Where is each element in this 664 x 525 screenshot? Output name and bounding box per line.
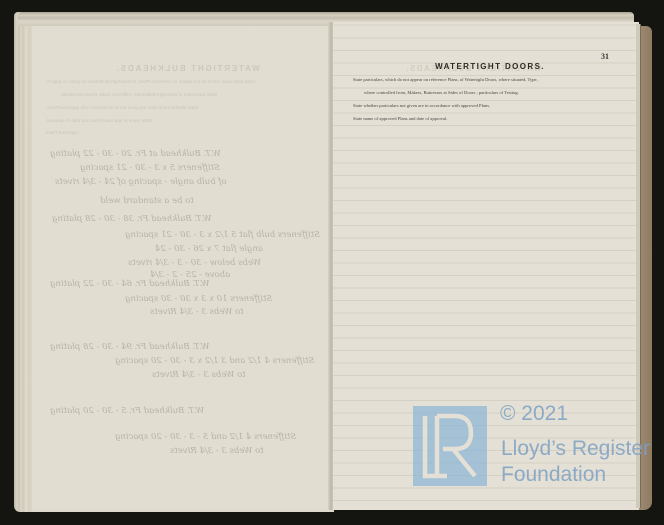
handwriting-bleed: W.T. Bulkhead Fr. 64 - 30 - 22 plating (50, 279, 210, 289)
watermark-copyright: © 2021 (500, 402, 568, 426)
instruction-line: State particulars, which do not appear o… (353, 77, 538, 82)
instruction-line: State whether particulars not given are … (353, 103, 490, 108)
handwriting-bleed: to Webs 3 - 3/4 Rivets (152, 370, 246, 380)
ghost-print-line: State name of approved Plans and date of… (46, 118, 152, 123)
lr-logo-icon (413, 406, 487, 486)
handwriting-bleed: Stiffeners 10 x 3 x 30 - 30 spacing (125, 294, 272, 304)
handwriting-bleed: W.T. Bulkhead at Fr. 20 - 30 - 22 platin… (50, 149, 221, 159)
handwriting-bleed: angle flat 7 x 26 - 30 - 24 (155, 244, 263, 254)
watermark-org-line2: Foundation (501, 463, 606, 487)
instruction-line: where controlled from, Makers, Buttresse… (364, 90, 519, 95)
handwriting-bleed: Stiffeners 4 1/2 and 3 1/2 x 3 - 30 - 20… (115, 356, 314, 366)
open-ledger-book: WATERTIGHT BULKHEADS. State particulars,… (0, 0, 664, 525)
ghost-print-line: State particulars, which do not appear o… (46, 79, 255, 84)
handwriting-bleed: Webs below - 30 - 3 - 3/4 rivets (128, 258, 261, 268)
watermark-org-line1: Lloyd’s Register (501, 437, 650, 461)
page-number: 31 (601, 52, 609, 61)
left-page-ghost-heading: WATERTIGHT BULKHEADS. (115, 64, 260, 73)
handwriting-bleed: Stiffeners 4 1/2 and 5 - 3 - 30 - 20 spa… (115, 432, 296, 442)
ghost-print-line: State whether particulars not given are … (46, 105, 198, 110)
handwriting-bleed: of bulb angle - spacing of 24 - 3/4 rive… (55, 177, 227, 187)
handwriting-bleed: W.T. Bulkhead Fr. 38 - 30 - 28 plating (52, 214, 212, 224)
handwriting-bleed: W.T. Bulkhead Fr. 94 - 30 - 28 plating (50, 342, 210, 352)
handwriting-bleed: to Webs 3 - 3/4 Rivets (170, 446, 264, 456)
instruction-line: State name of approved Plans and date of… (353, 116, 448, 121)
handwriting-bleed: to be a standard weld (100, 196, 194, 206)
handwriting-bleed: to Webs 3 - 3/4 Rivets (150, 307, 244, 317)
ghost-print-line: State particulars of Watertight Bulkhead… (60, 92, 217, 97)
right-page-edge (636, 24, 641, 508)
handwriting-bleed: W.T. Bulkhead Fr. 5 - 30 - 20 plating (50, 406, 204, 416)
page-title: WATERTIGHT DOORS. (340, 62, 640, 71)
handwriting-bleed: Stiffeners 5 x 3 - 30 - 21 spacing (80, 163, 220, 173)
ghost-print-line: Approved Plans (46, 130, 78, 135)
handwriting-bleed: Stiffeners bulb flat 5 1/2 x 3 - 30 - 21… (125, 230, 320, 240)
